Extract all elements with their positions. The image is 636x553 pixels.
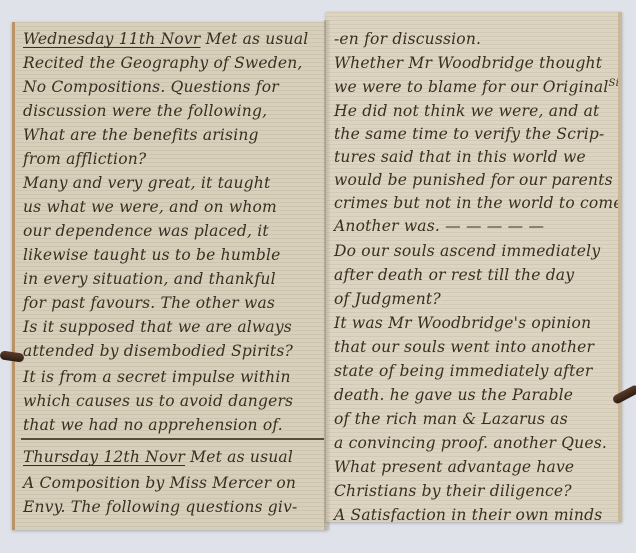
text-line: What present advantage have bbox=[334, 458, 612, 476]
text-line: Whether Mr Woodbridge thought bbox=[334, 54, 612, 72]
text-line: Another was. — — — — — bbox=[334, 217, 612, 235]
text-line: What are the benefits arising bbox=[23, 126, 322, 144]
text-line: state of being immediately after bbox=[334, 362, 612, 380]
text-line: after death or rest till the day bbox=[334, 266, 612, 284]
text-line: Many and very great, it taught bbox=[23, 174, 322, 192]
text-line: the same time to verify the Scrip- bbox=[334, 125, 612, 143]
book-gutter bbox=[324, 20, 330, 530]
text-line: of the rich man & Lazarus as bbox=[334, 410, 612, 428]
text-line: Recited the Geography of Sweden, bbox=[23, 54, 322, 72]
notebook-spread: Wednesday 11th Novr Met as usual Recited… bbox=[0, 0, 636, 553]
text-line: crimes but not in the world to come. bbox=[334, 194, 612, 212]
text-line: Christians by their diligence? bbox=[334, 482, 612, 500]
text-line: likewise taught us to be humble bbox=[23, 246, 322, 264]
date-heading: Wednesday 11th Novr bbox=[23, 30, 200, 48]
text-line: for past favours. The other was bbox=[23, 294, 322, 312]
text-line: we were to blame for our OriginalSin? bbox=[334, 78, 612, 96]
text-line: death. he gave us the Parable bbox=[334, 386, 612, 404]
text-line: Envy. The following questions giv- bbox=[23, 498, 322, 516]
text-line: Do our souls ascend immediately bbox=[334, 242, 612, 260]
superscript-insertion: Sin? bbox=[609, 78, 622, 89]
date-heading: Thursday 12th Novr bbox=[23, 448, 185, 466]
entry-header-thursday: Thursday 12th Novr Met as usual bbox=[23, 448, 322, 466]
text-line: that we had no apprehension of. bbox=[23, 416, 322, 434]
right-page: -en for discussion. Whether Mr Woodbridg… bbox=[326, 12, 622, 522]
section-divider bbox=[21, 438, 324, 440]
text-line: It is from a secret impulse within bbox=[23, 368, 322, 386]
text-line: that our souls went into another bbox=[334, 338, 612, 356]
text-line: a convincing proof. another Ques. bbox=[334, 434, 612, 452]
text-line: tures said that in this world we bbox=[334, 148, 612, 166]
text-line: our dependence was placed, it bbox=[23, 222, 322, 240]
text-line: which causes us to avoid dangers bbox=[23, 392, 322, 410]
text-line: No Compositions. Questions for bbox=[23, 78, 322, 96]
text-line: -en for discussion. bbox=[334, 30, 612, 48]
text-line: us what we were, and on whom bbox=[23, 198, 322, 216]
text-line: He did not think we were, and at bbox=[334, 102, 612, 120]
text-line: would be punished for our parents bbox=[334, 171, 612, 189]
text-line: A Satisfaction in their own minds bbox=[334, 506, 612, 522]
text-line: in every situation, and thankful bbox=[23, 270, 322, 288]
text-line: of Judgment? bbox=[334, 290, 612, 308]
text-line: attended by disembodied Spirits? bbox=[23, 342, 322, 360]
text-line: from affliction? bbox=[23, 150, 322, 168]
text-line: Is it supposed that we are always bbox=[23, 318, 322, 336]
left-page: Wednesday 11th Novr Met as usual Recited… bbox=[12, 22, 328, 530]
text-line: A Composition by Miss Mercer on bbox=[23, 474, 322, 492]
text-line: discussion were the following, bbox=[23, 102, 322, 120]
entry-header-wednesday: Wednesday 11th Novr Met as usual bbox=[23, 30, 322, 48]
text-line: It was Mr Woodbridge's opinion bbox=[334, 314, 612, 332]
